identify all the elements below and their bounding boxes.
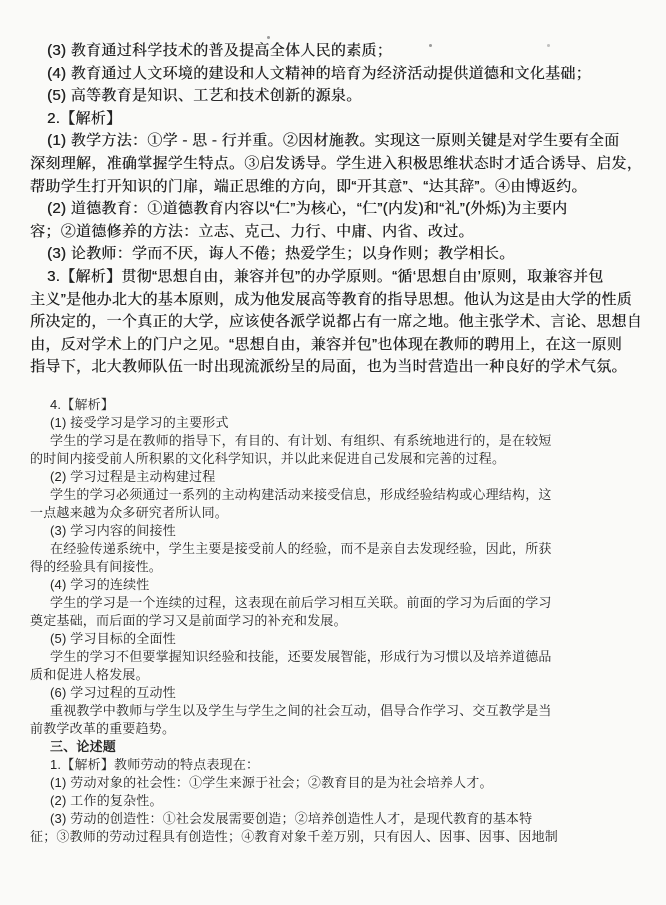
- answer-line: 所决定的，一个真正的大学，应该使各派学说都占有一席之地。他主张学术、言论、思想自: [30, 311, 642, 334]
- answer-line: (2) 工作的复杂性。: [30, 792, 642, 810]
- answer-line: (5) 高等教育是知识、工艺和技术创新的源泉。: [30, 85, 642, 108]
- essay-section-heading: 三、论述题: [30, 738, 642, 756]
- answer-line: 一点越来越为众多研究者所认同。: [30, 504, 642, 522]
- answer-line: (1) 劳动对象的社会性：①学生来源于社会；②教育目的是为社会培养人才。: [30, 774, 642, 792]
- answer-line: (4) 学习的连续性: [30, 576, 642, 594]
- answer-line: 学生的学习不但要掌握知识经验和技能，还要发展智能，形成行为习惯以及培养道德品: [30, 648, 642, 666]
- answer-heading-4: 4.【解析】: [30, 396, 642, 414]
- answer-line: 征；③教师的劳动过程具有创造性；④教育对象千差万别，只有因人、因事、因事、因地制: [30, 828, 642, 846]
- answer-line: 指导下，北大教师队伍一时出现流派纷呈的局面，也为当时营造出一种良好的学术气氛。: [30, 356, 642, 379]
- answer-heading-2: 2.【解析】: [30, 108, 642, 131]
- answer-line: 学生的学习必须通过一系列的主动构建活动来接受信息，形成经验结构或心理结构，这: [30, 486, 642, 504]
- answer-line: 奠定基础，而后面的学习又是前面学习的补充和发展。: [30, 612, 642, 630]
- answer-line: 的时间内接受前人所积累的文化科学知识，并以此来促进自己发展和完善的过程。: [30, 450, 642, 468]
- answer-line: (5) 学习目标的全面性: [30, 630, 642, 648]
- answer-line: (1) 教学方法：①学 - 思 - 行并重。②因材施教。实现这一原则关键是对学生…: [30, 130, 642, 153]
- answer-line: 深刻理解，准确掌握学生特点。③启发诱导。学生进入积极思维状态时才适合诱导、启发，: [30, 153, 642, 176]
- answer-line: 主义”是他办北大的基本原则，成为他发展高等教育的指导思想。他认为这是由大学的性质: [30, 289, 642, 312]
- answer-line: (3) 学习内容的间接性: [30, 522, 642, 540]
- answer-line: 质和促进人格发展。: [30, 666, 642, 684]
- answer-line: 帮助学生打开知识的门扉，端正思维的方向，即“开其意”、“达其辞”。④由博返约。: [30, 176, 642, 199]
- answer-line: 学生的学习是在教师的指导下，有目的、有计划、有组织、有系统地进行的，是在较短: [30, 432, 642, 450]
- answer-line: 重视教学中教师与学生以及学生与学生之间的社会互动，倡导合作学习、交互教学是当: [30, 702, 642, 720]
- answer-line: (4) 教育通过人文环境的建设和人文精神的培育为经济活动提供道德和文化基础；: [30, 63, 642, 86]
- answer-line: (3) 劳动的创造性：①社会发展需要创造；②培养创造性人才，是现代教育的基本特: [30, 810, 642, 828]
- answer-line: 前教学改革的重要趋势。: [30, 720, 642, 738]
- answer-line: (1) 接受学习是学习的主要形式: [30, 414, 642, 432]
- answer-line: (2) 学习过程是主动构建过程: [30, 468, 642, 486]
- answer-line: 由，反对学术上的门户之见。“思想自由，兼容并包”也体现在教师的聘用上，在这一原则: [30, 334, 642, 357]
- answer-line: (3) 教育通过科学技术的普及提高全体人民的素质；: [30, 40, 642, 63]
- answer-line: 学生的学习是一个连续的过程，这表现在前后学习相互关联。前面的学习为后面的学习: [30, 594, 642, 612]
- answer-line: (2) 道德教育：①道德教育内容以“仁”为核心，“仁”(内发)和“礼”(外烁)为…: [30, 198, 642, 221]
- answer-block-lower: 4.【解析】 (1) 接受学习是学习的主要形式 学生的学习是在教师的指导下，有目…: [30, 396, 642, 846]
- answer-line: 在经验传递系统中，学生主要是接受前人的经验，而不是亲自去发现经验，因此，所获: [30, 540, 642, 558]
- scan-speck: [267, 36, 270, 39]
- answer-line: (3) 论教师：学而不厌，诲人不倦；热爱学生；以身作则；教学相长。: [30, 243, 642, 266]
- answer-heading-essay-1: 1.【解析】教师劳动的特点表现在：: [30, 756, 642, 774]
- answer-line: 容；②道德修养的方法：立志、克己、力行、中庸、内省、改过。: [30, 221, 642, 244]
- answer-line: 得的经验具有间接性。: [30, 558, 642, 576]
- answer-block-upper: (3) 教育通过科学技术的普及提高全体人民的素质； (4) 教育通过人文环境的建…: [30, 40, 642, 379]
- document-page: (3) 教育通过科学技术的普及提高全体人民的素质； (4) 教育通过人文环境的建…: [0, 0, 666, 905]
- answer-heading-3: 3.【解析】贯彻“思想自由，兼容并包”的办学原则。“循‘思想自由’原则，取兼容并…: [30, 266, 642, 289]
- answer-line: (6) 学习过程的互动性: [30, 684, 642, 702]
